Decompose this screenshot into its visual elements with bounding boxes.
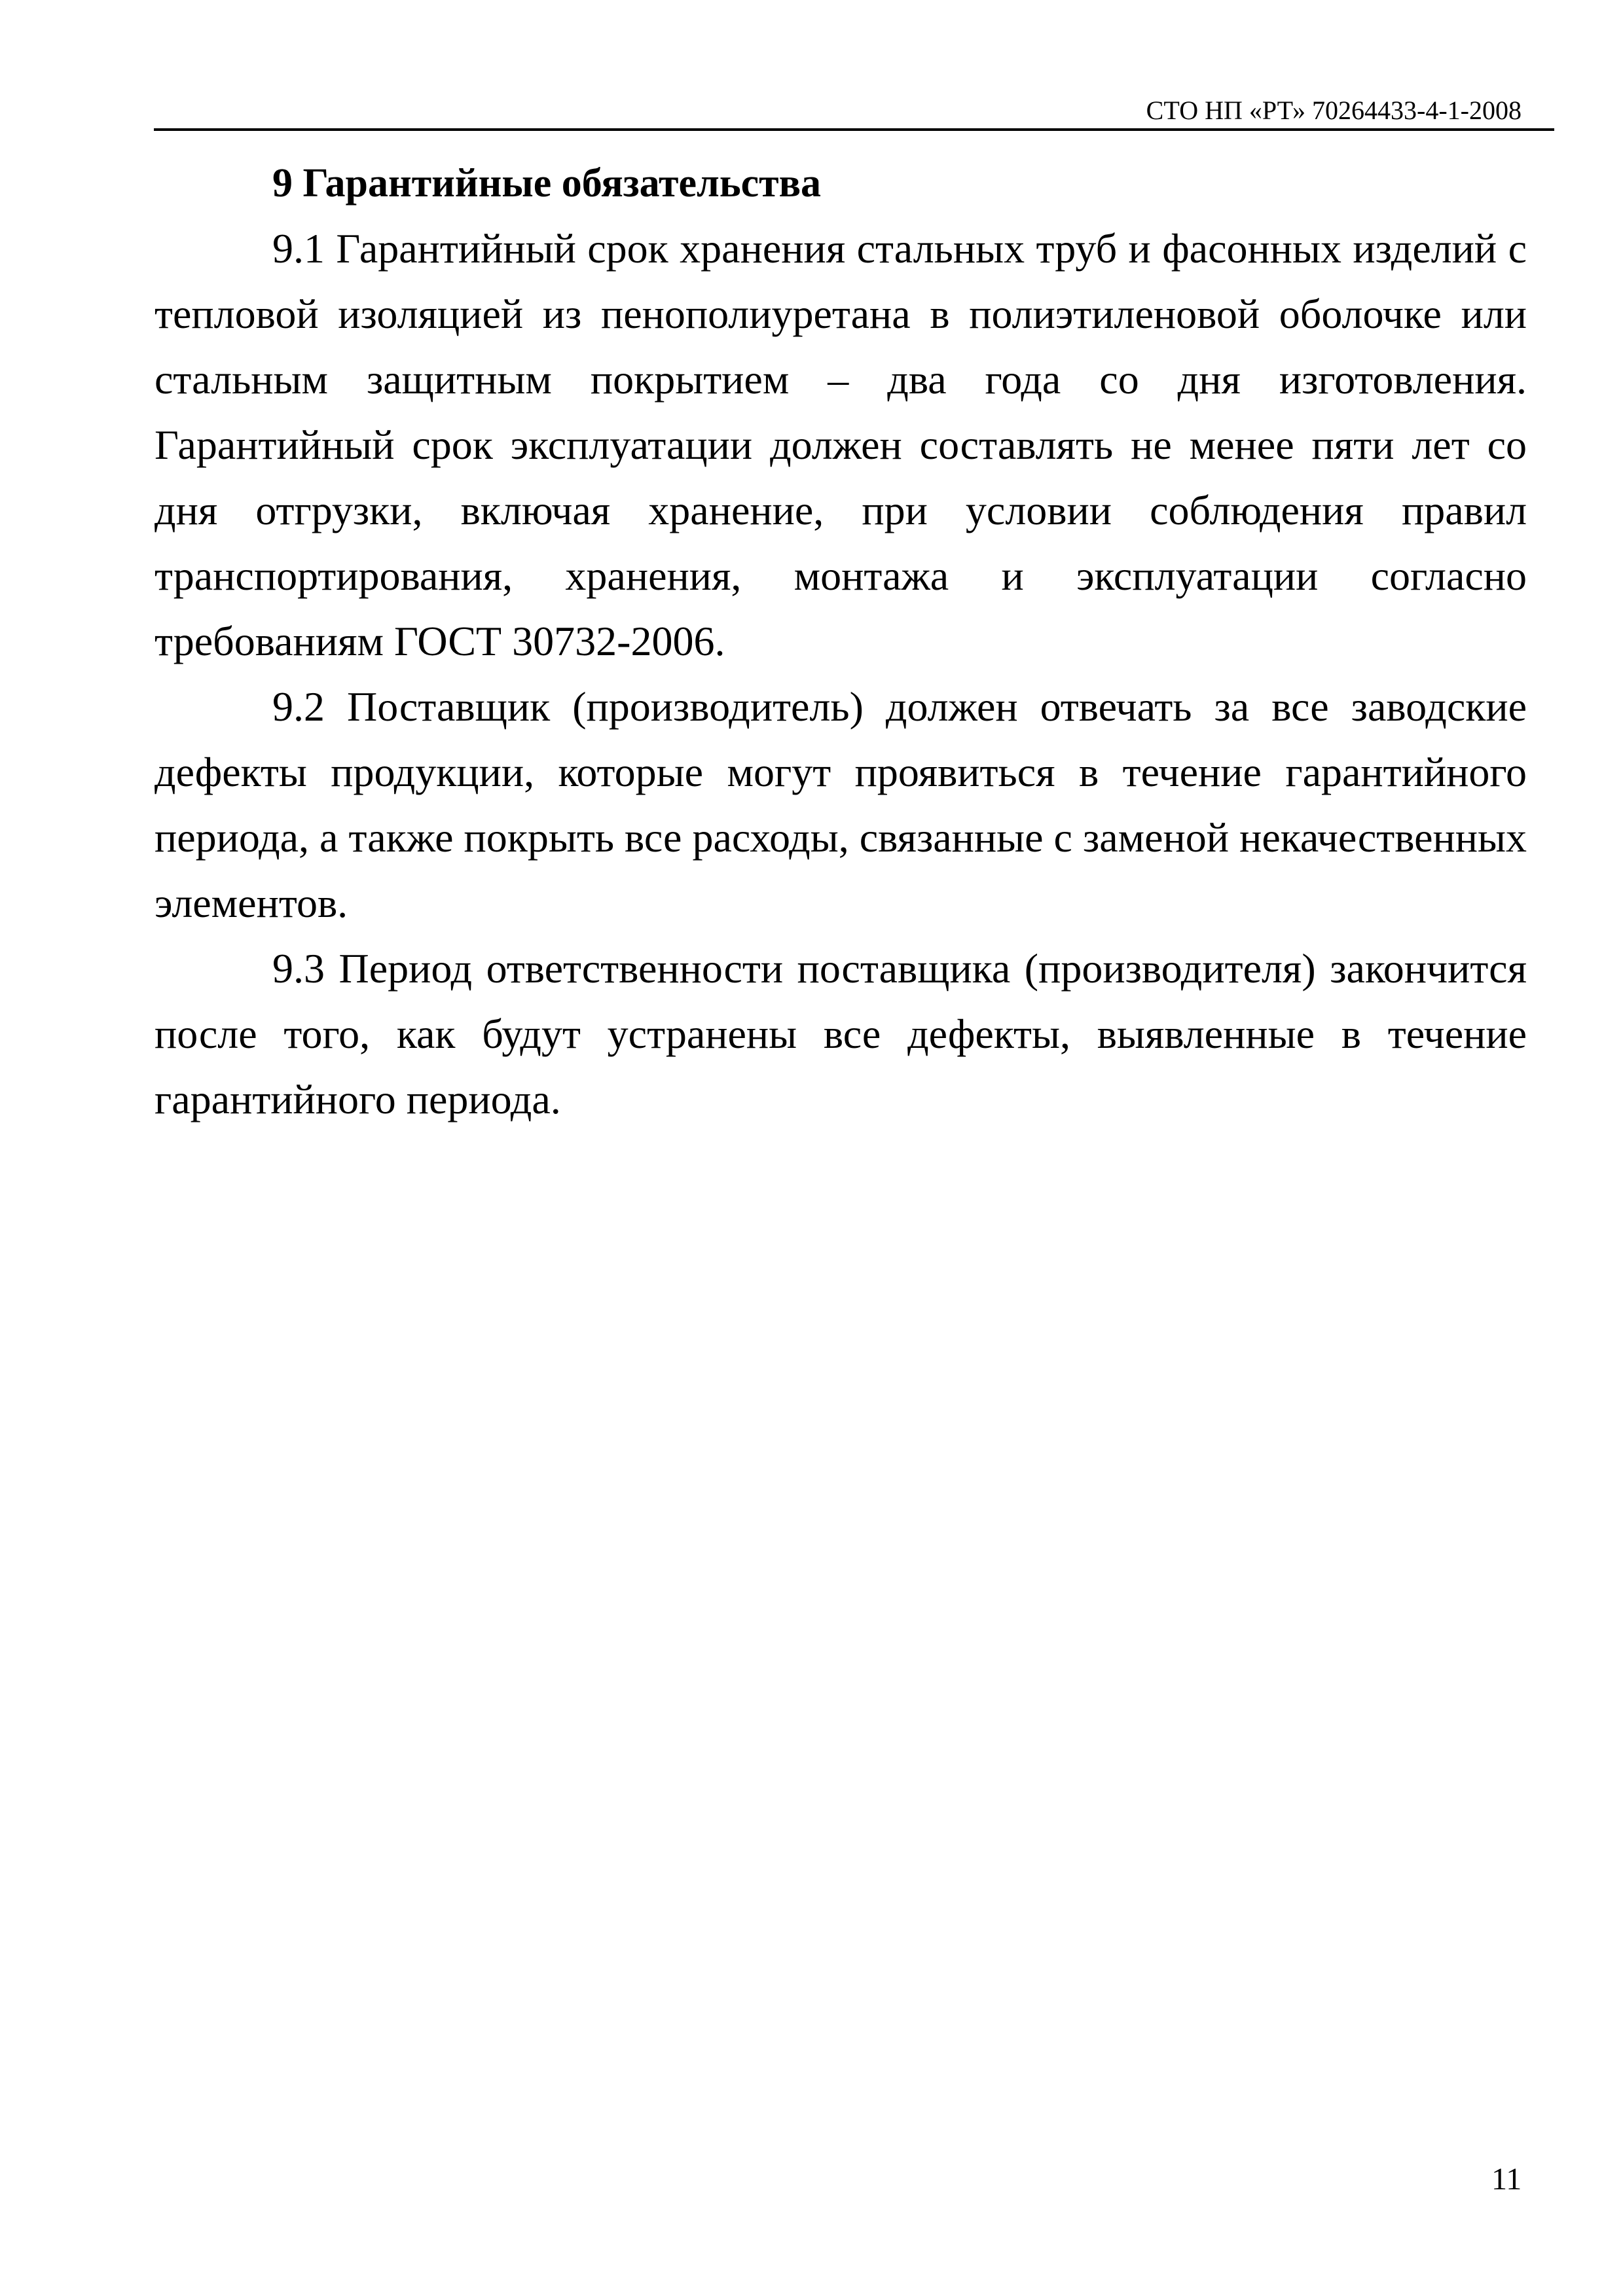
document-body: 9 Гарантийные обязательства 9.1 Гарантий…: [155, 151, 1527, 1132]
paragraph-9-2: 9.2 Поставщик (производитель) должен отв…: [155, 674, 1527, 936]
document-code: СТО НП «РТ» 70264433-4-1-2008: [1146, 95, 1522, 126]
section-heading: 9 Гарантийные обязательства: [155, 151, 1527, 216]
page-number: 11: [1491, 2160, 1522, 2199]
paragraph-9-3: 9.3 Период ответственности поставщика (п…: [155, 936, 1527, 1132]
header-divider: [154, 128, 1554, 131]
page-header: СТО НП «РТ» 70264433-4-1-2008: [154, 0, 1554, 131]
paragraph-9-1: 9.1 Гарантийный срок хранения стальных т…: [155, 216, 1527, 674]
